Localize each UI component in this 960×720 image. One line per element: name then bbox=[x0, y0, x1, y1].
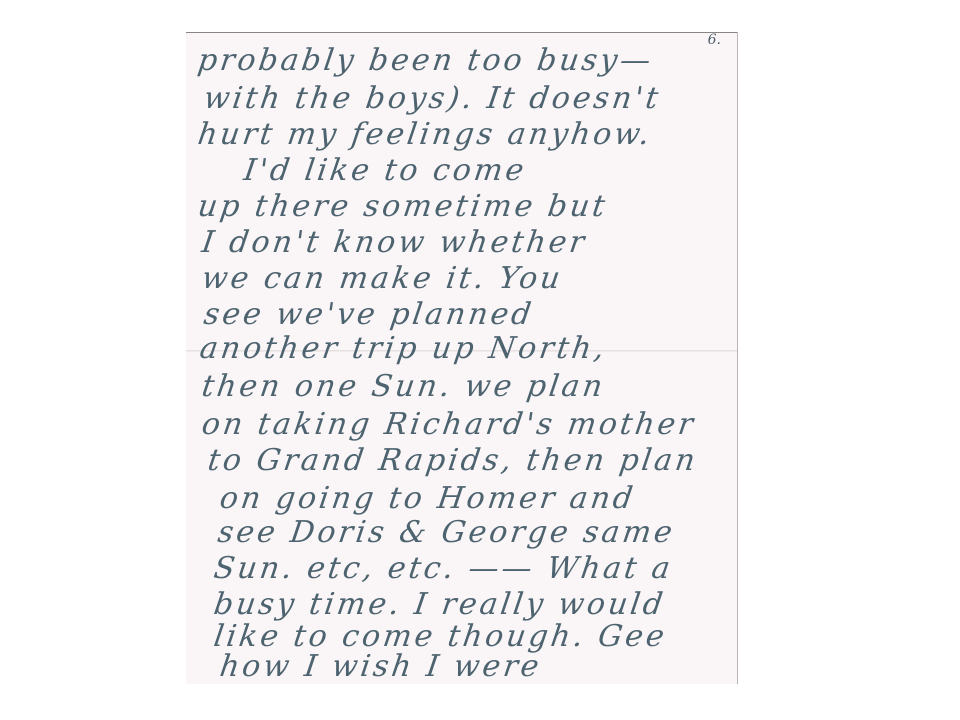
text-line: then one Sun. we plan bbox=[200, 372, 607, 402]
text-line: how I wish I were bbox=[218, 652, 544, 682]
text-line: busy time. I really would bbox=[212, 590, 667, 620]
text-line: to Grand Rapids, then plan bbox=[206, 446, 700, 476]
text-line: on going to Homer and bbox=[218, 484, 637, 514]
text-line: see we've planned bbox=[202, 300, 536, 330]
text-line: on taking Richard's mother bbox=[200, 410, 698, 440]
letter-page: 6. probably been too busy— with the boys… bbox=[186, 32, 738, 684]
handwritten-text: probably been too busy— with the boys). … bbox=[186, 32, 737, 684]
text-line: probably been too busy— bbox=[196, 46, 655, 76]
text-line: see Doris & George same bbox=[216, 518, 677, 548]
text-line: like to come though. Gee bbox=[212, 622, 669, 652]
text-line: another trip up North, bbox=[198, 334, 609, 364]
text-line: I don't know whether bbox=[200, 228, 589, 258]
text-line: I'd like to come bbox=[242, 156, 528, 186]
text-line: we can make it. You bbox=[200, 264, 565, 294]
text-line: Sun. etc, etc. —— What a bbox=[212, 554, 675, 584]
text-line: up there sometime but bbox=[196, 192, 610, 222]
text-line: hurt my feelings anyhow. bbox=[196, 120, 654, 150]
text-line: with the boys). It doesn't bbox=[202, 84, 663, 114]
